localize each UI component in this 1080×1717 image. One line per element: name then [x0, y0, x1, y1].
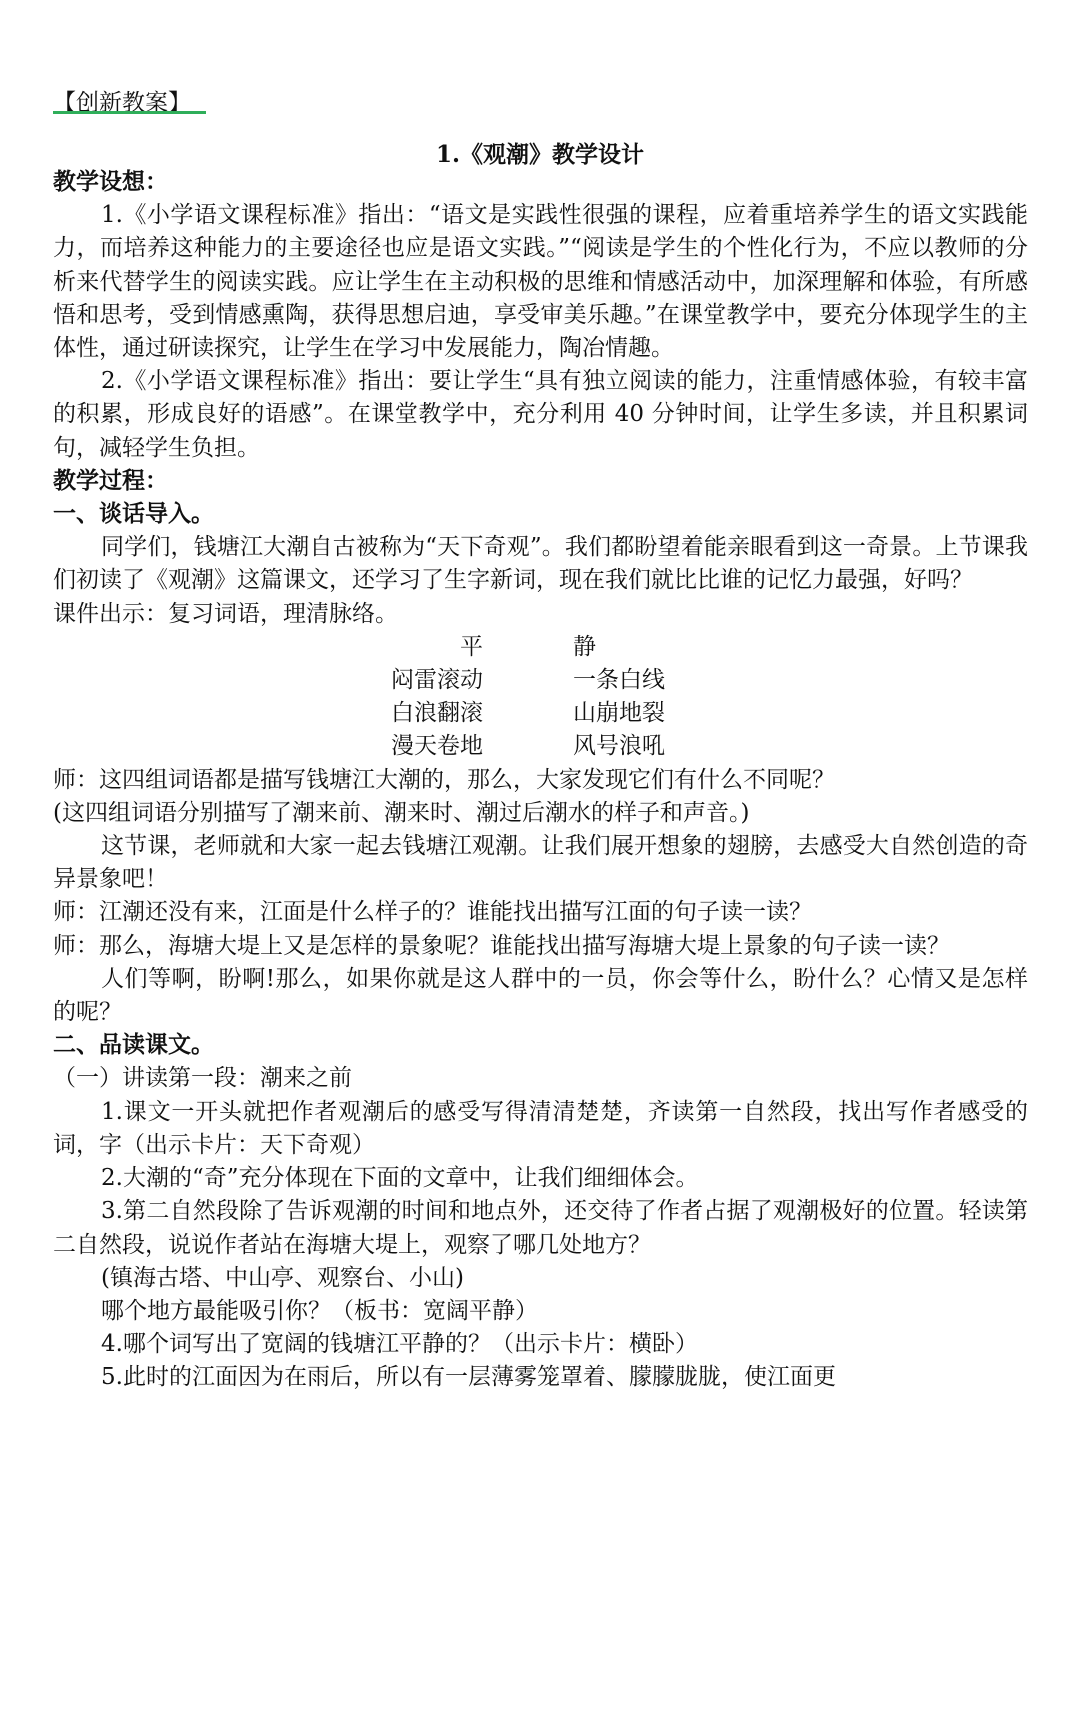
subheading: （一）讲读第一段：潮来之前 — [53, 1062, 1028, 1095]
word-cell: 风号浪吼 — [573, 730, 693, 763]
document-body: 教学设想： 1.《小学语文课程标准》指出：“语文是实践性很强的课程，应着重培养学… — [53, 166, 1028, 1395]
paragraph: 师：江潮还没有来，江面是什么样子的？谁能找出描写江面的句子读一读？ — [53, 896, 1028, 929]
paragraph: (这四组词语分别描写了潮来前、潮来时、潮过后潮水的样子和声音。) — [53, 797, 1028, 830]
paragraph: 5.此时的江面因为在雨后，所以有一层薄雾笼罩着、朦朦胧胧，使江面更 — [53, 1361, 1028, 1394]
paragraph: 同学们，钱塘江大潮自古被称为“天下奇观”。我们都盼望着能亲眼看到这一奇景。上节课… — [53, 531, 1028, 597]
word-cell: 闷雷滚动 — [363, 664, 483, 697]
tag-underline — [53, 111, 206, 114]
paragraph: 师：那么，海塘大堤上又是怎样的景象呢？谁能找出描写海塘大堤上景象的句子读一读？ — [53, 930, 1028, 963]
paragraph: 4.哪个词写出了宽阔的钱塘江平静的？（出示卡片：横卧） — [53, 1328, 1028, 1361]
word-cell: 漫天卷地 — [363, 730, 483, 763]
heading-teaching-idea: 教学设想： — [53, 166, 1028, 199]
paragraph: 2.大潮的“奇”充分体现在下面的文章中，让我们细细体会。 — [53, 1162, 1028, 1195]
paragraph: 1.课文一开头就把作者观潮后的感受写得清清楚楚，齐读第一自然段，找出写作者感受的… — [53, 1096, 1028, 1162]
document-page: 【创新教案】 1.《观潮》教学设计 教学设想： 1.《小学语文课程标准》指出：“… — [0, 0, 1080, 1717]
word-cell: 白浪翻滚 — [363, 697, 483, 730]
word-cell: 平 — [363, 631, 483, 664]
heading-part-1: 一、谈话导入。 — [53, 498, 1028, 531]
paragraph: 1.《小学语文课程标准》指出：“语文是实践性很强的课程，应着重培养学生的语文实践… — [53, 199, 1028, 365]
word-review-grid: 平静 闷雷滚动一条白线 白浪翻滚山崩地裂 漫天卷地风号浪吼 — [363, 631, 1028, 764]
heading-part-2: 二、品读课文。 — [53, 1029, 1028, 1062]
paragraph: 人们等啊，盼啊!那么，如果你就是这人群中的一员，你会等什么，盼什么？心情又是怎样… — [53, 963, 1028, 1029]
paragraph: 这节课，老师就和大家一起去钱塘江观潮。让我们展开想象的翅膀，去感受大自然创造的奇… — [53, 830, 1028, 896]
paragraph: 哪个地方最能吸引你？（板书：宽阔平静） — [53, 1295, 1028, 1328]
word-cell: 一条白线 — [573, 664, 693, 697]
word-cell: 静 — [573, 631, 693, 664]
word-cell: 山崩地裂 — [573, 697, 693, 730]
paragraph: 师：这四组词语都是描写钱塘江大潮的，那么，大家发现它们有什么不同呢？ — [53, 764, 1028, 797]
paragraph: 2.《小学语文课程标准》指出：要让学生“具有独立阅读的能力，注重情感体验，有较丰… — [53, 365, 1028, 465]
document-title: 1.《观潮》教学设计 — [0, 136, 1080, 169]
paragraph: 3.第二自然段除了告诉观潮的时间和地点外，还交待了作者占据了观潮极好的位置。轻读… — [53, 1195, 1028, 1261]
heading-teaching-process: 教学过程： — [53, 465, 1028, 498]
paragraph: 课件出示：复习词语，理清脉络。 — [53, 598, 1028, 631]
paragraph: (镇海古塔、中山亭、观察台、小山) — [53, 1262, 1028, 1295]
